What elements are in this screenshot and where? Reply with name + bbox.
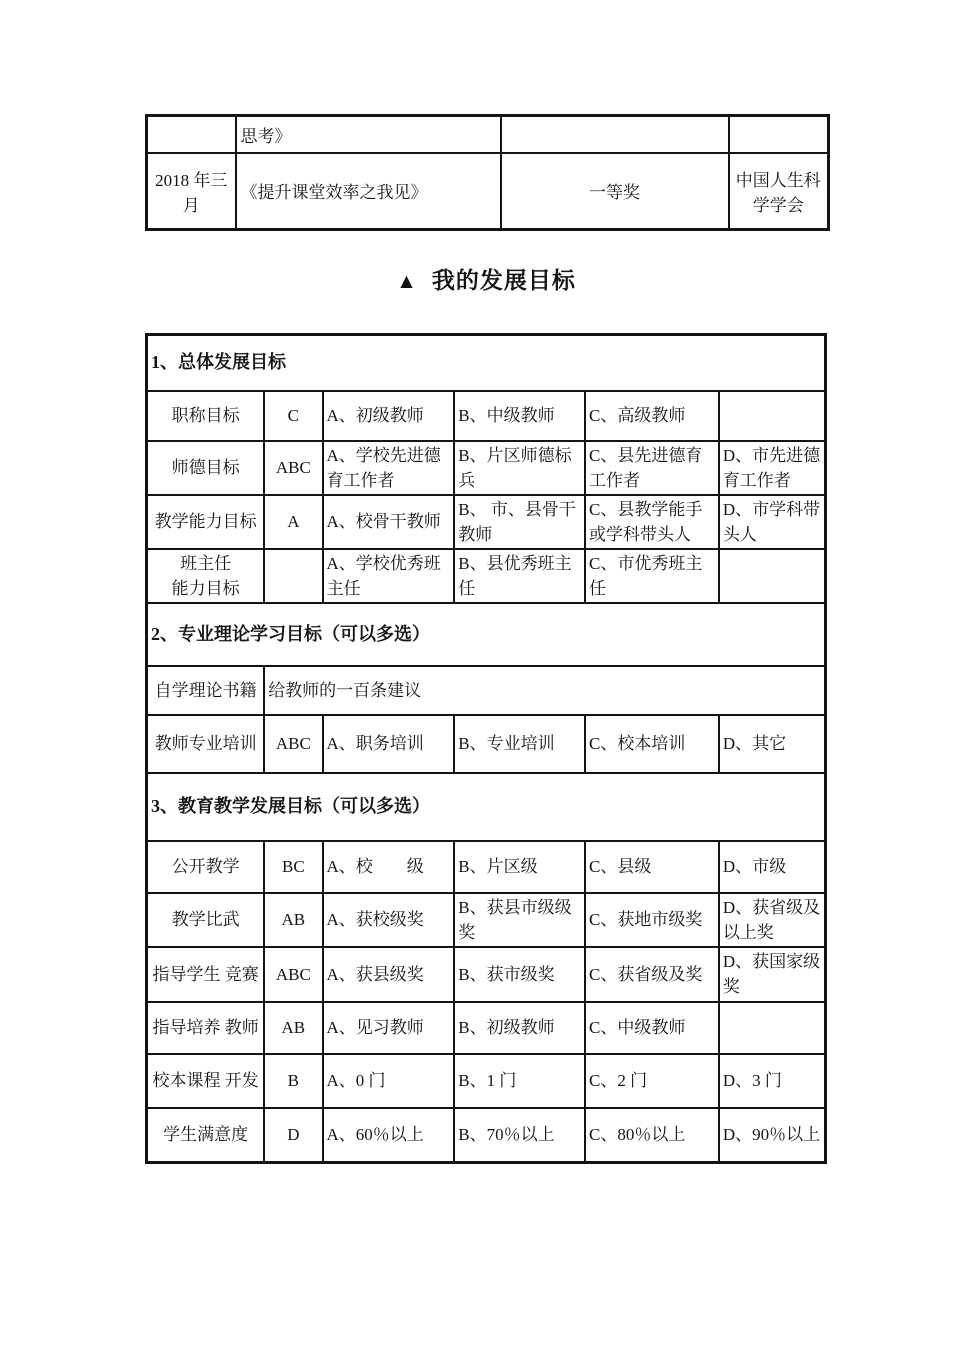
award-level-cell: 一等奖 (501, 153, 729, 230)
award-title-cell: 思考》 (236, 116, 501, 153)
option-c-cell: C、获省级及奖 (585, 947, 719, 1002)
option-b-cell: B、中级教师 (454, 391, 585, 441)
triangle-marker-icon: ▲ (396, 269, 418, 293)
row-label: 班主任 能力目标 (147, 549, 265, 603)
option-d-cell: D、90％以上 (719, 1108, 826, 1163)
row-label: 学生满意度 (147, 1108, 265, 1163)
option-b-cell: B、获县市级级奖 (454, 893, 585, 947)
row-label: 公开教学 (147, 841, 265, 893)
development-goals-table: 1、总体发展目标 职称目标 C A、初级教师 B、中级教师 C、高级教师 师德目… (145, 333, 827, 1164)
goal-row: 师德目标 ABC A、学校先进德育工作者 B、片区师德标兵 C、县先进德育工作者… (147, 441, 826, 495)
row-label: 教学能力目标 (147, 495, 265, 549)
option-c-cell: C、市优秀班主任 (585, 549, 719, 603)
option-c-cell: C、校本培训 (585, 715, 719, 773)
answer-cell: AB (264, 893, 322, 947)
answer-cell: BC (264, 841, 322, 893)
award-title-cell: 《提升课堂效率之我见》 (236, 153, 501, 230)
table-row: 2018 年三月 《提升课堂效率之我见》 一等奖 中国人生科学学会 (147, 153, 829, 230)
row-label: 职称目标 (147, 391, 265, 441)
goal-row: 教师专业培训 ABC A、职务培训 B、专业培训 C、校本培训 D、其它 (147, 715, 826, 773)
option-c-cell: C、中级教师 (585, 1002, 719, 1054)
option-d-cell: D、获国家级奖 (719, 947, 826, 1002)
option-c-cell: C、获地市级奖 (585, 893, 719, 947)
option-c-cell: C、县教学能手或学科带头人 (585, 495, 719, 549)
answer-cell: AB (264, 1002, 322, 1054)
option-d-cell: D、市先进德育工作者 (719, 441, 826, 495)
row-label: 师德目标 (147, 441, 265, 495)
option-d-cell: D、市级 (719, 841, 826, 893)
row-label: 教师专业培训 (147, 715, 265, 773)
option-b-cell: B、初级教师 (454, 1002, 585, 1054)
goal-row: 班主任 能力目标 A、学校优秀班主任 B、县优秀班主任 C、市优秀班主任 (147, 549, 826, 603)
option-d-cell: D、市学科带头人 (719, 495, 826, 549)
awards-table: 思考》 2018 年三月 《提升课堂效率之我见》 一等奖 中国人生科学学会 (145, 114, 830, 231)
option-d-cell: D、其它 (719, 715, 826, 773)
option-c-cell: C、高级教师 (585, 391, 719, 441)
answer-cell (264, 549, 322, 603)
option-b-cell: B、片区师德标兵 (454, 441, 585, 495)
award-date-cell (147, 116, 236, 153)
option-a-cell: A、校骨干教师 (323, 495, 455, 549)
option-d-cell (719, 549, 826, 603)
section-title-row: 1、总体发展目标 (147, 335, 826, 391)
option-a-cell: A、校 级 (323, 841, 455, 893)
option-b-cell: B、 市、县骨干教师 (454, 495, 585, 549)
option-a-cell: A、见习教师 (323, 1002, 455, 1054)
option-a-cell: A、学校先进德育工作者 (323, 441, 455, 495)
award-org-cell (729, 116, 829, 153)
goal-row: 指导学生 竞赛 ABC A、获县级奖 B、获市级奖 C、获省级及奖 D、获国家级… (147, 947, 826, 1002)
option-a-cell: A、学校优秀班主任 (323, 549, 455, 603)
goal-row: 教学能力目标 A A、校骨干教师 B、 市、县骨干教师 C、县教学能手或学科带头… (147, 495, 826, 549)
goal-row: 教学比武 AB A、获校级奖 B、获县市级级奖 C、获地市级奖 D、获省级及以上… (147, 893, 826, 947)
section-title: 1、总体发展目标 (147, 335, 826, 391)
section-title: 3、教育教学发展目标（可以多选） (147, 773, 826, 841)
award-date-cell: 2018 年三月 (147, 153, 236, 230)
page: 思考》 2018 年三月 《提升课堂效率之我见》 一等奖 中国人生科学学会 ▲我… (0, 0, 960, 1357)
page-title: 我的发展目标 (432, 268, 576, 293)
option-a-cell: A、0 门 (323, 1054, 455, 1108)
option-b-cell: B、1 门 (454, 1054, 585, 1108)
option-a-cell: A、60％以上 (323, 1108, 455, 1163)
answer-cell: ABC (264, 715, 322, 773)
option-b-cell: B、70％以上 (454, 1108, 585, 1163)
goal-row: 自学理论书籍 给教师的一百条建议 (147, 666, 826, 715)
row-label: 教学比武 (147, 893, 265, 947)
option-a-cell: A、获校级奖 (323, 893, 455, 947)
row-label: 指导培养 教师 (147, 1002, 265, 1054)
option-d-cell (719, 1002, 826, 1054)
goal-row: 公开教学 BC A、校 级 B、片区级 C、县级 D、市级 (147, 841, 826, 893)
option-a-cell: A、初级教师 (323, 391, 455, 441)
option-d-cell: D、获省级及以上奖 (719, 893, 826, 947)
book-title-cell: 给教师的一百条建议 (264, 666, 825, 715)
option-c-cell: C、80％以上 (585, 1108, 719, 1163)
option-b-cell: B、专业培训 (454, 715, 585, 773)
option-c-cell: C、县级 (585, 841, 719, 893)
goal-row: 职称目标 C A、初级教师 B、中级教师 C、高级教师 (147, 391, 826, 441)
answer-cell: D (264, 1108, 322, 1163)
goal-row: 指导培养 教师 AB A、见习教师 B、初级教师 C、中级教师 (147, 1002, 826, 1054)
section-title: 2、专业理论学习目标（可以多选） (147, 603, 826, 666)
answer-cell: A (264, 495, 322, 549)
answer-cell: ABC (264, 441, 322, 495)
row-label: 自学理论书籍 (147, 666, 265, 715)
option-b-cell: B、县优秀班主任 (454, 549, 585, 603)
row-label: 指导学生 竞赛 (147, 947, 265, 1002)
table-row: 思考》 (147, 116, 829, 153)
option-b-cell: B、获市级奖 (454, 947, 585, 1002)
row-label: 校本课程 开发 (147, 1054, 265, 1108)
award-level-cell (501, 116, 729, 153)
option-d-cell: D、3 门 (719, 1054, 826, 1108)
section-title-row: 3、教育教学发展目标（可以多选） (147, 773, 826, 841)
goal-row: 学生满意度 D A、60％以上 B、70％以上 C、80％以上 D、90％以上 (147, 1108, 826, 1163)
option-c-cell: C、县先进德育工作者 (585, 441, 719, 495)
option-a-cell: A、获县级奖 (323, 947, 455, 1002)
award-org-cell: 中国人生科学学会 (729, 153, 829, 230)
answer-cell: B (264, 1054, 322, 1108)
goal-row: 校本课程 开发 B A、0 门 B、1 门 C、2 门 D、3 门 (147, 1054, 826, 1108)
section-heading: ▲我的发展目标 (145, 262, 827, 295)
section-title-row: 2、专业理论学习目标（可以多选） (147, 603, 826, 666)
option-d-cell (719, 391, 826, 441)
answer-cell: ABC (264, 947, 322, 1002)
answer-cell: C (264, 391, 322, 441)
option-b-cell: B、片区级 (454, 841, 585, 893)
option-a-cell: A、职务培训 (323, 715, 455, 773)
option-c-cell: C、2 门 (585, 1054, 719, 1108)
